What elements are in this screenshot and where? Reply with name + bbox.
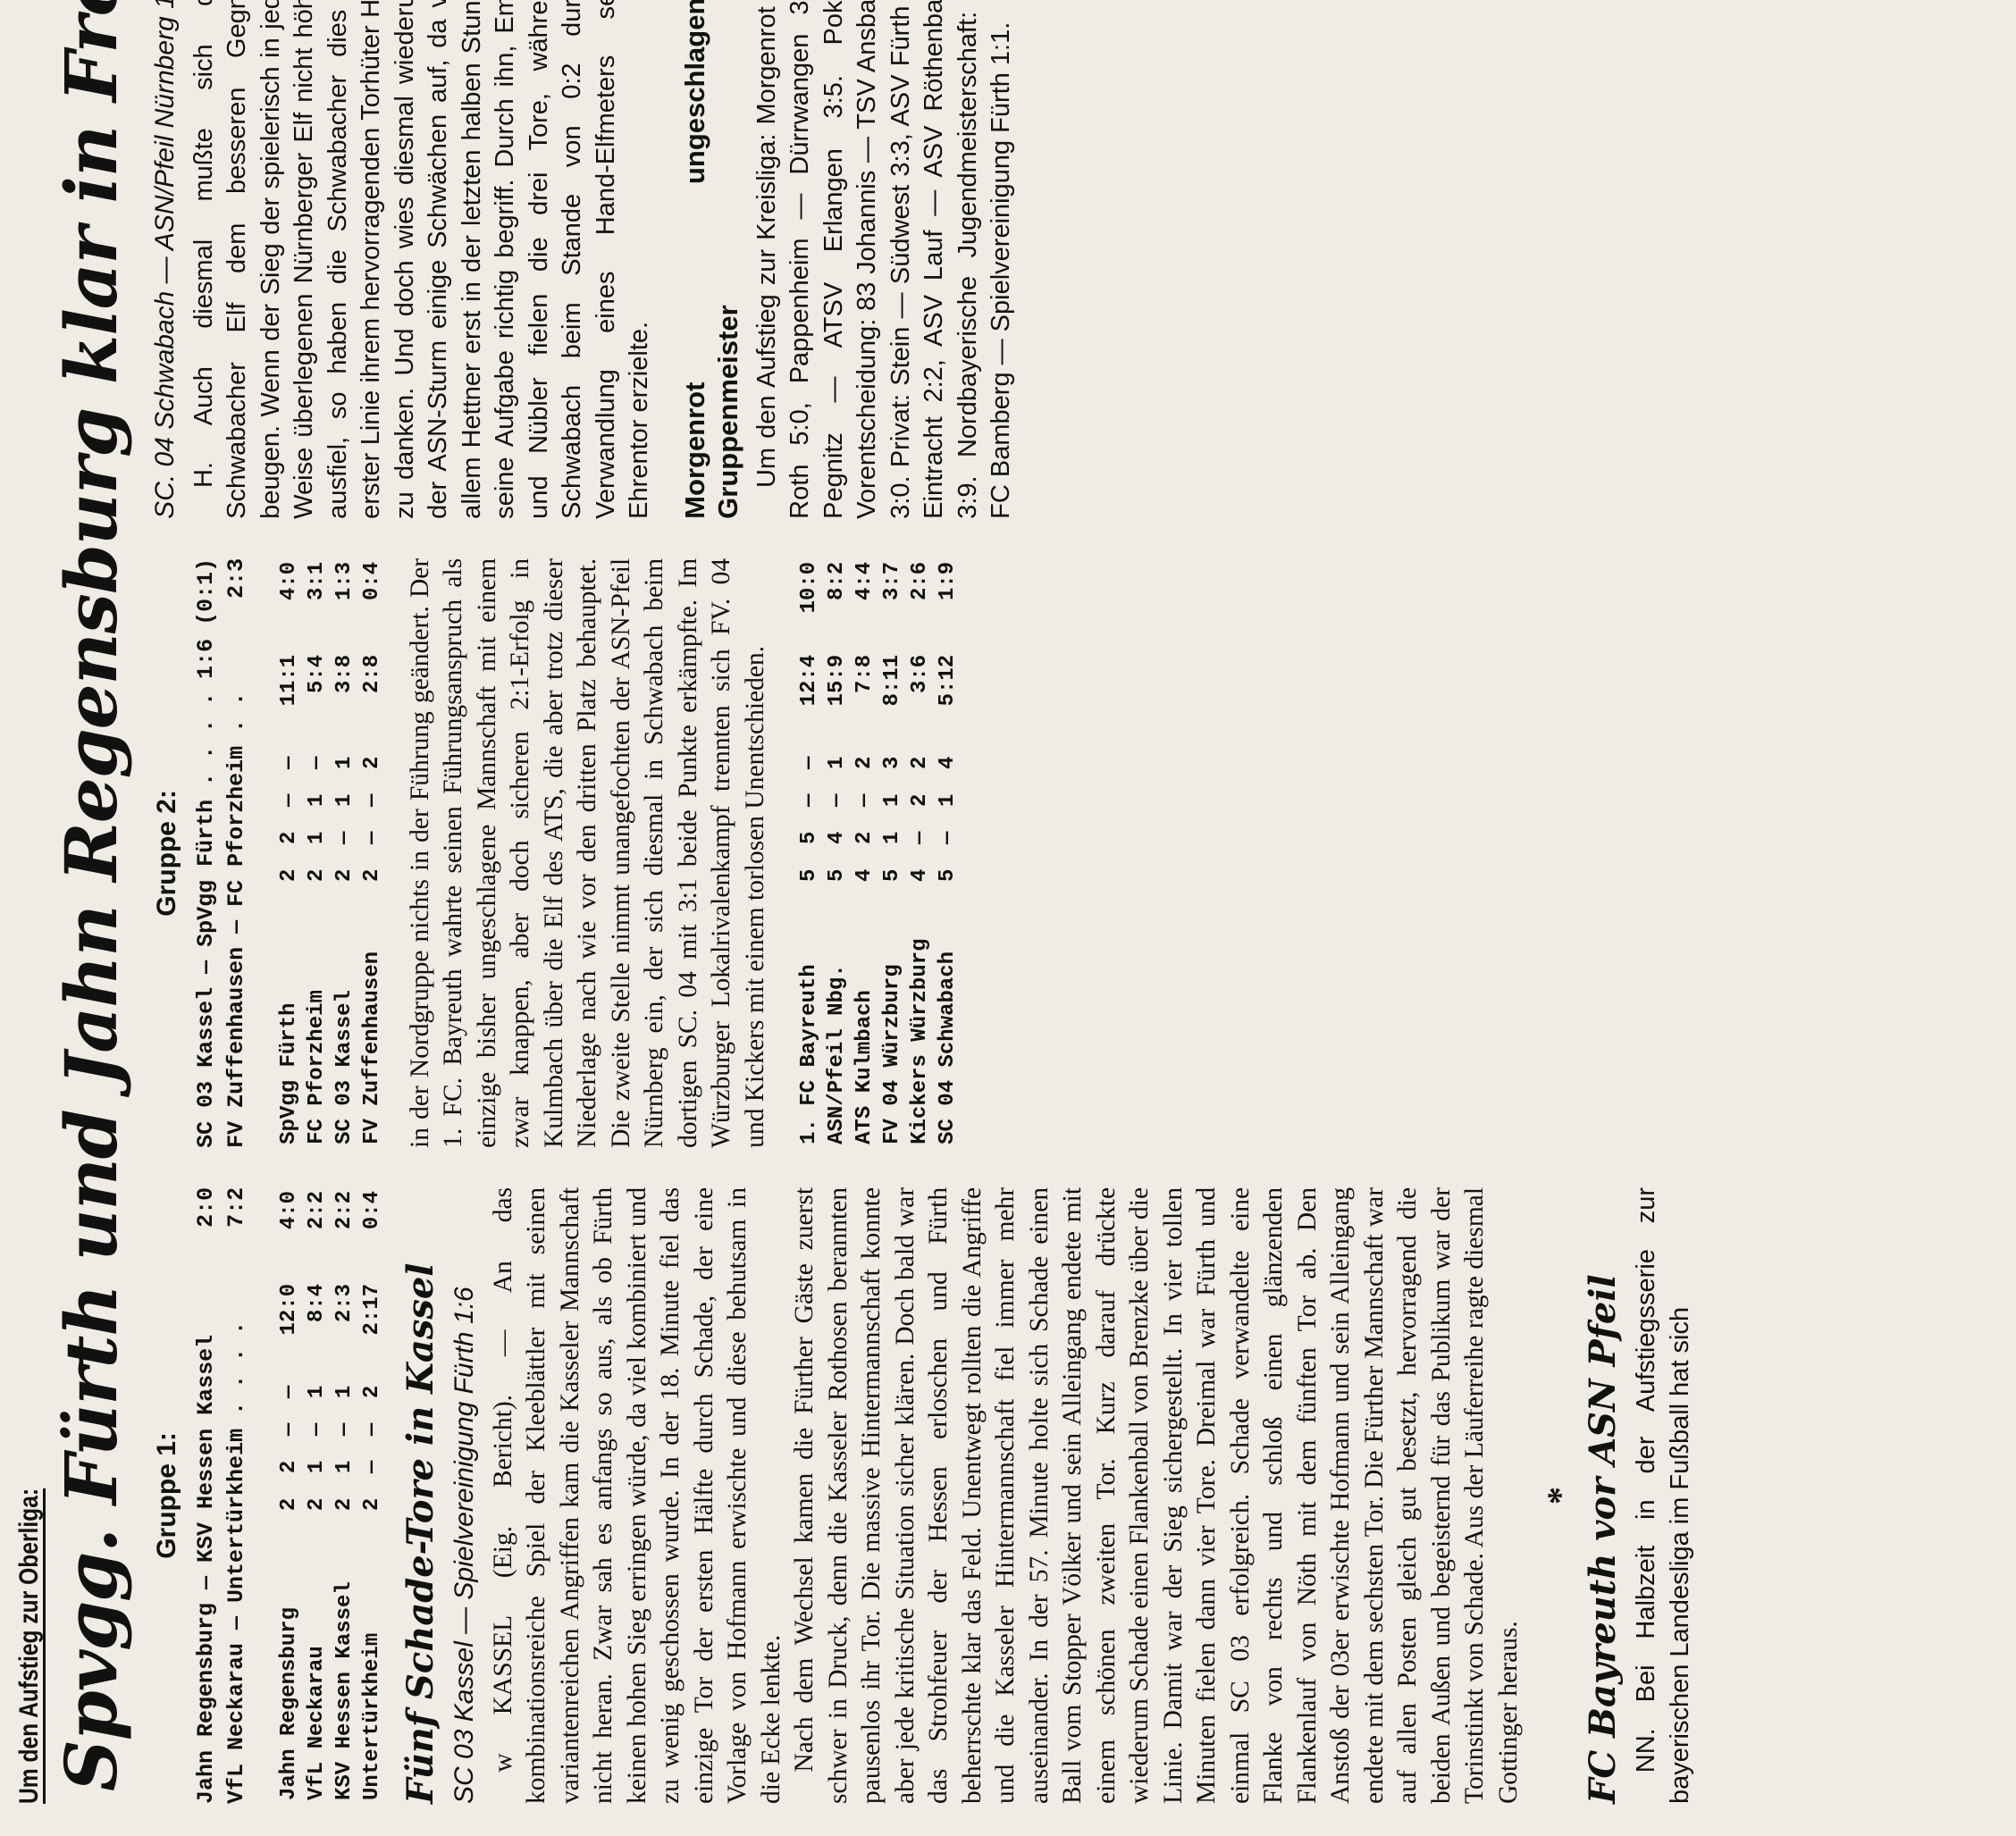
stat-w: — <box>331 819 358 857</box>
stat-w: 4 <box>823 819 851 857</box>
team-name: FC Pforzheim <box>303 894 331 1148</box>
stat-w: 1 <box>331 1448 358 1486</box>
article3-match-line: SC. 04 Schwabach — ASN/Pfeil Nürnberg 1:… <box>148 0 182 519</box>
goals: 12:0 <box>275 1280 303 1373</box>
team-name: Jahn Regensburg <box>275 1523 303 1804</box>
result-score: 1:6 (0:1) <box>191 558 222 692</box>
stat-p: 2 <box>358 857 386 894</box>
points: 4:4 <box>851 558 878 651</box>
stat-l: 2 <box>358 1373 386 1411</box>
stat-w: 2 <box>275 819 303 857</box>
result-match: FV Zuffenhausen — FC Pforzheim . . <box>222 692 252 1148</box>
columns: Gruppe 1: Jahn Regensburg — KSV Hessen K… <box>145 36 1697 1804</box>
stat-w: 1 <box>303 1448 331 1486</box>
team-name: 1. FC Bayreuth <box>795 894 823 1148</box>
result-row: VfL Neckarau — Untertürkheim . . . .7:2 <box>222 1187 252 1804</box>
headline: Spvgg. Fürth und Jahn Regensburg klar in… <box>54 36 129 1791</box>
article2-continued: in der Nordgruppe nichts in der Führung … <box>404 558 773 1148</box>
separator-star: * <box>1543 1187 1577 1804</box>
result-score: 2:3 <box>222 558 252 692</box>
stat-p: 2 <box>358 1486 386 1523</box>
stat-w: 2 <box>851 819 878 857</box>
stat-l: 1 <box>823 744 851 782</box>
points: 4:0 <box>275 558 303 651</box>
stat-l: — <box>275 1373 303 1411</box>
points: 3:7 <box>878 558 906 651</box>
article2-title: FC Bayreuth vor ASN Pfeil <box>1586 1187 1620 1804</box>
table-row: Untertürkheim2——22:170:4 <box>358 1187 386 1804</box>
stat-l: 2 <box>906 744 934 782</box>
article4-title: Morgenrot ungeschlagener Gruppenmeister <box>678 0 745 519</box>
goals: 3:8 <box>331 651 358 744</box>
stat-p: 2 <box>331 1486 358 1523</box>
team-name: Untertürkheim <box>358 1523 386 1804</box>
team-name: KSV Hessen Kassel <box>331 1523 358 1804</box>
result-row: FV Zuffenhausen — FC Pforzheim . .2:3 <box>222 558 252 1148</box>
goals: 5:4 <box>303 651 331 744</box>
result-score: 7:2 <box>222 1187 252 1321</box>
table-row: FV 04 Würzburg51138:113:7 <box>878 558 906 1148</box>
stat-l: 2 <box>358 744 386 782</box>
result-match: Jahn Regensburg — KSV Hessen Kassel <box>191 1321 222 1804</box>
column-2: Gruppe 2: SC 03 Kassel — SpVgg Fürth . .… <box>145 558 1697 1148</box>
stat-l: — <box>275 744 303 782</box>
group1-standings-table: Jahn Regensburg22——12:04:0VfL Neckarau21… <box>275 1187 386 1804</box>
goals: 15:9 <box>823 651 851 744</box>
result-match: VfL Neckarau — Untertürkheim . . . . <box>222 1321 252 1804</box>
stat-p: 2 <box>331 857 358 894</box>
stat-d: 1 <box>878 782 906 819</box>
goals: 8:4 <box>303 1280 331 1373</box>
stat-d: — <box>275 782 303 819</box>
stat-w: — <box>358 819 386 857</box>
points: 1:9 <box>934 558 962 651</box>
table-row: SpVgg Fürth22——11:14:0 <box>275 558 303 1148</box>
table-row: VfL Neckarau21—18:42:2 <box>303 1187 331 1804</box>
stat-p: 2 <box>275 857 303 894</box>
points: 10:0 <box>795 558 823 651</box>
group2-standings-table: SpVgg Fürth22——11:14:0FC Pforzheim211—5:… <box>275 558 386 1148</box>
article1-match-line: SC 03 Kassel — Spielvereinigung Fürth 1:… <box>448 1187 482 1804</box>
points: 2:2 <box>331 1187 358 1280</box>
stat-d: 2 <box>906 782 934 819</box>
stat-w: — <box>934 819 962 857</box>
stat-l: 1 <box>331 1373 358 1411</box>
team-name: ATS Kulmbach <box>851 894 878 1148</box>
stat-d: — <box>331 1411 358 1448</box>
article1-title: Fünf Schade-Tore in Kassel <box>404 1187 438 1804</box>
result-row: SC 03 Kassel — SpVgg Fürth . . . .1:6 (0… <box>191 558 222 1148</box>
stat-p: 5 <box>878 857 906 894</box>
result-match: SC 03 Kassel — SpVgg Fürth . . . . <box>191 692 222 1148</box>
stat-d: 1 <box>934 782 962 819</box>
stat-p: 4 <box>851 857 878 894</box>
stat-l: 4 <box>934 744 962 782</box>
points: 0:4 <box>358 558 386 651</box>
newspaper-clipping: Um den Aufstieg zur Oberliga: Spvgg. Für… <box>0 0 2016 1836</box>
kicker-line: Um den Aufstieg zur Oberliga: <box>14 354 45 1804</box>
stat-w: — <box>906 819 934 857</box>
team-name: FV 04 Würzburg <box>878 894 906 1148</box>
stat-d: 1 <box>303 782 331 819</box>
points: 3:1 <box>303 558 331 651</box>
article1-paragraph: w KASSEL (Eig. Bericht). — An das kombin… <box>487 1187 789 1804</box>
goals: 5:12 <box>934 651 962 744</box>
stat-p: 2 <box>303 1486 331 1523</box>
table-row: Jahn Regensburg22——12:04:0 <box>275 1187 303 1804</box>
table-row: FC Pforzheim211—5:43:1 <box>303 558 331 1148</box>
team-name: SpVgg Fürth <box>275 894 303 1148</box>
table-row: 1. FC Bayreuth55——12:410:0 <box>795 558 823 1148</box>
goals: 12:4 <box>795 651 823 744</box>
goals: 2:17 <box>358 1280 386 1373</box>
group2-results: SC 03 Kassel — SpVgg Fürth . . . .1:6 (0… <box>191 558 252 1148</box>
group2-title: Gruppe 2: <box>150 558 184 1148</box>
stat-d: — <box>823 782 851 819</box>
newspaper-scan: Um den Aufstieg zur Oberliga: Spvgg. Für… <box>0 0 2016 1836</box>
result-score: 2:0 <box>191 1187 222 1321</box>
table-row: SC 04 Schwabach5—145:121:9 <box>934 558 962 1148</box>
stat-p: 5 <box>934 857 962 894</box>
stat-p: 2 <box>275 1486 303 1523</box>
stat-d: — <box>795 782 823 819</box>
stat-p: 2 <box>303 857 331 894</box>
points: 0:4 <box>358 1187 386 1280</box>
stat-l: 3 <box>878 744 906 782</box>
column-3: SC. 04 Schwabach — ASN/Pfeil Nürnberg 1:… <box>145 0 1697 519</box>
table-row: FV Zuffenhausen2——22:80:4 <box>358 558 386 1148</box>
stat-l: — <box>795 744 823 782</box>
goals: 8:11 <box>878 651 906 744</box>
team-name: SC 03 Kassel <box>331 894 358 1148</box>
column-1: Gruppe 1: Jahn Regensburg — KSV Hessen K… <box>145 1187 1697 1804</box>
stat-w: — <box>358 1448 386 1486</box>
team-name: SC 04 Schwabach <box>934 894 962 1148</box>
stat-l: 1 <box>303 1373 331 1411</box>
stat-d: — <box>303 1411 331 1448</box>
points: 1:3 <box>331 558 358 651</box>
article4-paragraph: Um den Aufstieg zur Kreisliga: Morgenrot… <box>751 0 1019 519</box>
article2-intro: NN. Bei Halbzeit in der Aufstiegsserie z… <box>1630 1187 1697 1804</box>
team-name: Kickers Würzburg <box>906 894 934 1148</box>
group1-title: Gruppe 1: <box>150 1187 184 1804</box>
table-row: KSV Hessen Kassel21—12:32:2 <box>331 1187 358 1804</box>
stat-p: 4 <box>906 857 934 894</box>
team-name: FV Zuffenhausen <box>358 894 386 1148</box>
goals: 2:3 <box>331 1280 358 1373</box>
table-row: Kickers Würzburg4—223:62:6 <box>906 558 934 1148</box>
stat-l: 2 <box>851 744 878 782</box>
article1-paragraph: Nach dem Wechsel kamen die Fürther Gäste… <box>788 1187 1525 1804</box>
stat-l: 1 <box>331 744 358 782</box>
goals: 11:1 <box>275 651 303 744</box>
stat-l: — <box>303 744 331 782</box>
group1-results: Jahn Regensburg — KSV Hessen Kassel2:0Vf… <box>191 1187 252 1804</box>
article3-paragraph: H. Auch diesmal mußte sich die Schwabach… <box>188 0 657 519</box>
points: 2:2 <box>303 1187 331 1280</box>
stat-p: 5 <box>823 857 851 894</box>
result-row: Jahn Regensburg — KSV Hessen Kassel2:0 <box>191 1187 222 1804</box>
stat-d: — <box>358 1411 386 1448</box>
stat-d: — <box>851 782 878 819</box>
stat-p: 5 <box>795 857 823 894</box>
points: 2:6 <box>906 558 934 651</box>
stat-w: 5 <box>795 819 823 857</box>
stat-d: — <box>358 782 386 819</box>
stat-w: 1 <box>878 819 906 857</box>
stat-d: 1 <box>331 782 358 819</box>
nordgruppe-standings-table: 1. FC Bayreuth55——12:410:0ASN/Pfeil Nbg.… <box>795 558 962 1148</box>
team-name: ASN/Pfeil Nbg. <box>823 894 851 1148</box>
points: 4:0 <box>275 1187 303 1280</box>
table-row: ATS Kulmbach42—27:84:4 <box>851 558 878 1148</box>
stat-w: 1 <box>303 819 331 857</box>
goals: 7:8 <box>851 651 878 744</box>
table-row: SC 03 Kassel2—113:81:3 <box>331 558 358 1148</box>
stat-d: — <box>275 1411 303 1448</box>
table-row: ASN/Pfeil Nbg.54—115:98:2 <box>823 558 851 1148</box>
stat-w: 2 <box>275 1448 303 1486</box>
team-name: VfL Neckarau <box>303 1523 331 1804</box>
goals: 2:8 <box>358 651 386 744</box>
points: 8:2 <box>823 558 851 651</box>
goals: 3:6 <box>906 651 934 744</box>
